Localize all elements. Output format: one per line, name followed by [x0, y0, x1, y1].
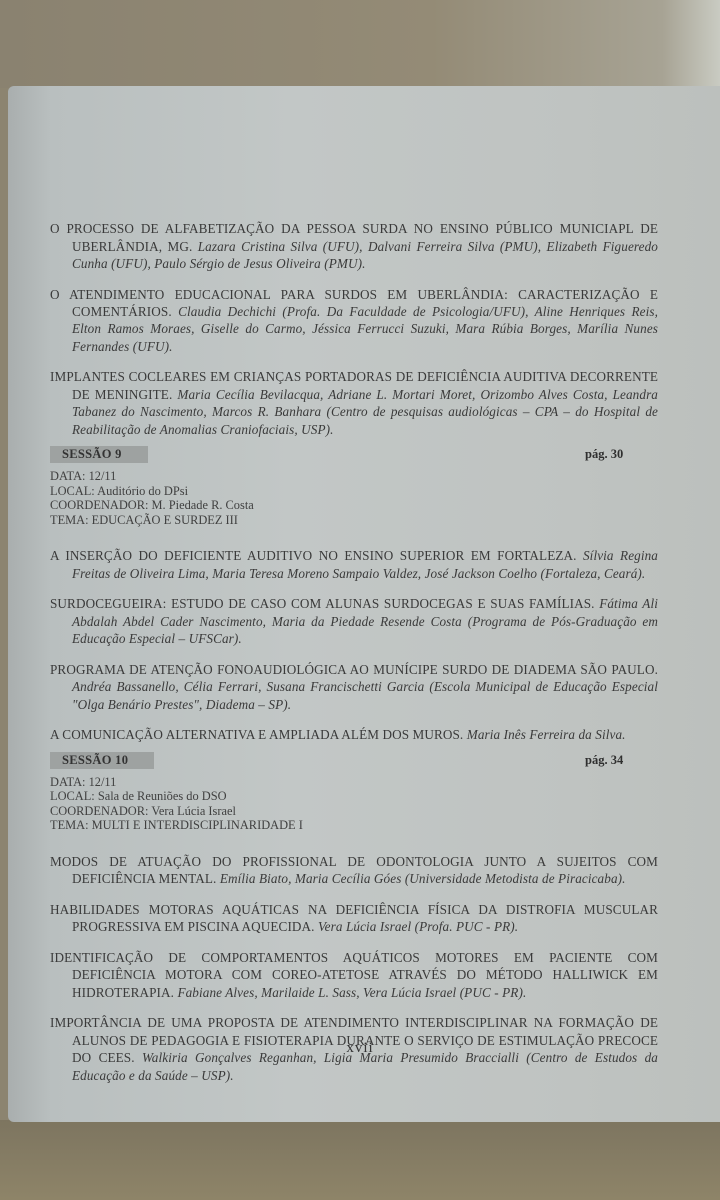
- session-location: LOCAL: Sala de Reuniões do DSO: [50, 789, 658, 804]
- list-item: IDENTIFICAÇÃO DE COMPORTAMENTOS AQUÁTICO…: [50, 949, 658, 1001]
- list-item: A INSERÇÃO DO DEFICIENTE AUDITIVO NO ENS…: [50, 547, 658, 582]
- entry-title: PROGRAMA DE ATENÇÃO FONOAUDIOLÓGICA AO M…: [50, 662, 658, 677]
- list-item: MODOS DE ATUAÇÃO DO PROFISSIONAL DE ODON…: [50, 853, 658, 888]
- session-location: LOCAL: Auditório do DPsi: [50, 484, 658, 499]
- session-date: DATA: 12/11: [50, 469, 658, 484]
- page-number: xvii: [0, 1040, 720, 1057]
- list-item: O PROCESSO DE ALFABETIZAÇÃO DA PESSOA SU…: [50, 220, 658, 272]
- entry-authors: Maria Inês Ferreira da Silva.: [467, 727, 626, 742]
- session-9-entries: A INSERÇÃO DO DEFICIENTE AUDITIVO NO ENS…: [50, 547, 658, 743]
- list-item: IMPLANTES COCLEARES EM CRIANÇAS PORTADOR…: [50, 368, 658, 438]
- session-page-ref: pág. 34: [585, 753, 623, 768]
- session-10-meta: DATA: 12/11 LOCAL: Sala de Reuniões do D…: [50, 775, 658, 833]
- list-item: PROGRAMA DE ATENÇÃO FONOAUDIOLÓGICA AO M…: [50, 661, 658, 713]
- entry-title: A INSERÇÃO DO DEFICIENTE AUDITIVO NO ENS…: [50, 548, 577, 563]
- page-content: O PROCESSO DE ALFABETIZAÇÃO DA PESSOA SU…: [50, 207, 658, 1091]
- session-9-meta: DATA: 12/11 LOCAL: Auditório do DPsi COO…: [50, 469, 658, 527]
- session-9-header: SESSÃO 9 pág. 30: [50, 445, 658, 463]
- list-item: O ATENDIMENTO EDUCACIONAL PARA SURDOS EM…: [50, 286, 658, 356]
- session-date: DATA: 12/11: [50, 775, 658, 790]
- session-page-ref: pág. 30: [585, 447, 623, 462]
- list-item: HABILIDADES MOTORAS AQUÁTICAS NA DEFICIÊ…: [50, 901, 658, 936]
- session-coordinator: COORDENADOR: Vera Lúcia Israel: [50, 804, 658, 819]
- entry-authors: Andréa Bassanello, Célia Ferrari, Susana…: [72, 679, 658, 711]
- session-label: SESSÃO 10: [50, 752, 154, 769]
- list-item: SURDOCEGUEIRA: ESTUDO DE CASO COM ALUNAS…: [50, 595, 658, 647]
- session-label: SESSÃO 9: [50, 446, 148, 463]
- entry-title: SURDOCEGUEIRA: ESTUDO DE CASO COM ALUNAS…: [50, 596, 595, 611]
- entry-authors: Vera Lúcia Israel (Profa. PUC - PR).: [318, 919, 518, 934]
- session-10-header: SESSÃO 10 pág. 34: [50, 751, 658, 769]
- list-item: A COMUNICAÇÃO ALTERNATIVA E AMPLIADA ALÉ…: [50, 726, 658, 743]
- entry-list-top: O PROCESSO DE ALFABETIZAÇÃO DA PESSOA SU…: [50, 220, 658, 438]
- entry-authors: Fabiane Alves, Marilaide L. Sass, Vera L…: [177, 985, 526, 1000]
- session-coordinator: COORDENADOR: M. Piedade R. Costa: [50, 498, 658, 513]
- background-surface-top: [0, 0, 720, 88]
- session-theme: TEMA: EDUCAÇÃO E SURDEZ III: [50, 513, 658, 528]
- entry-authors: Emília Biato, Maria Cecília Góes (Univer…: [220, 871, 626, 886]
- background-surface-bottom: [0, 1120, 720, 1200]
- session-theme: TEMA: MULTI E INTERDISCIPLINARIDADE I: [50, 818, 658, 833]
- entry-title: A COMUNICAÇÃO ALTERNATIVA E AMPLIADA ALÉ…: [50, 727, 463, 742]
